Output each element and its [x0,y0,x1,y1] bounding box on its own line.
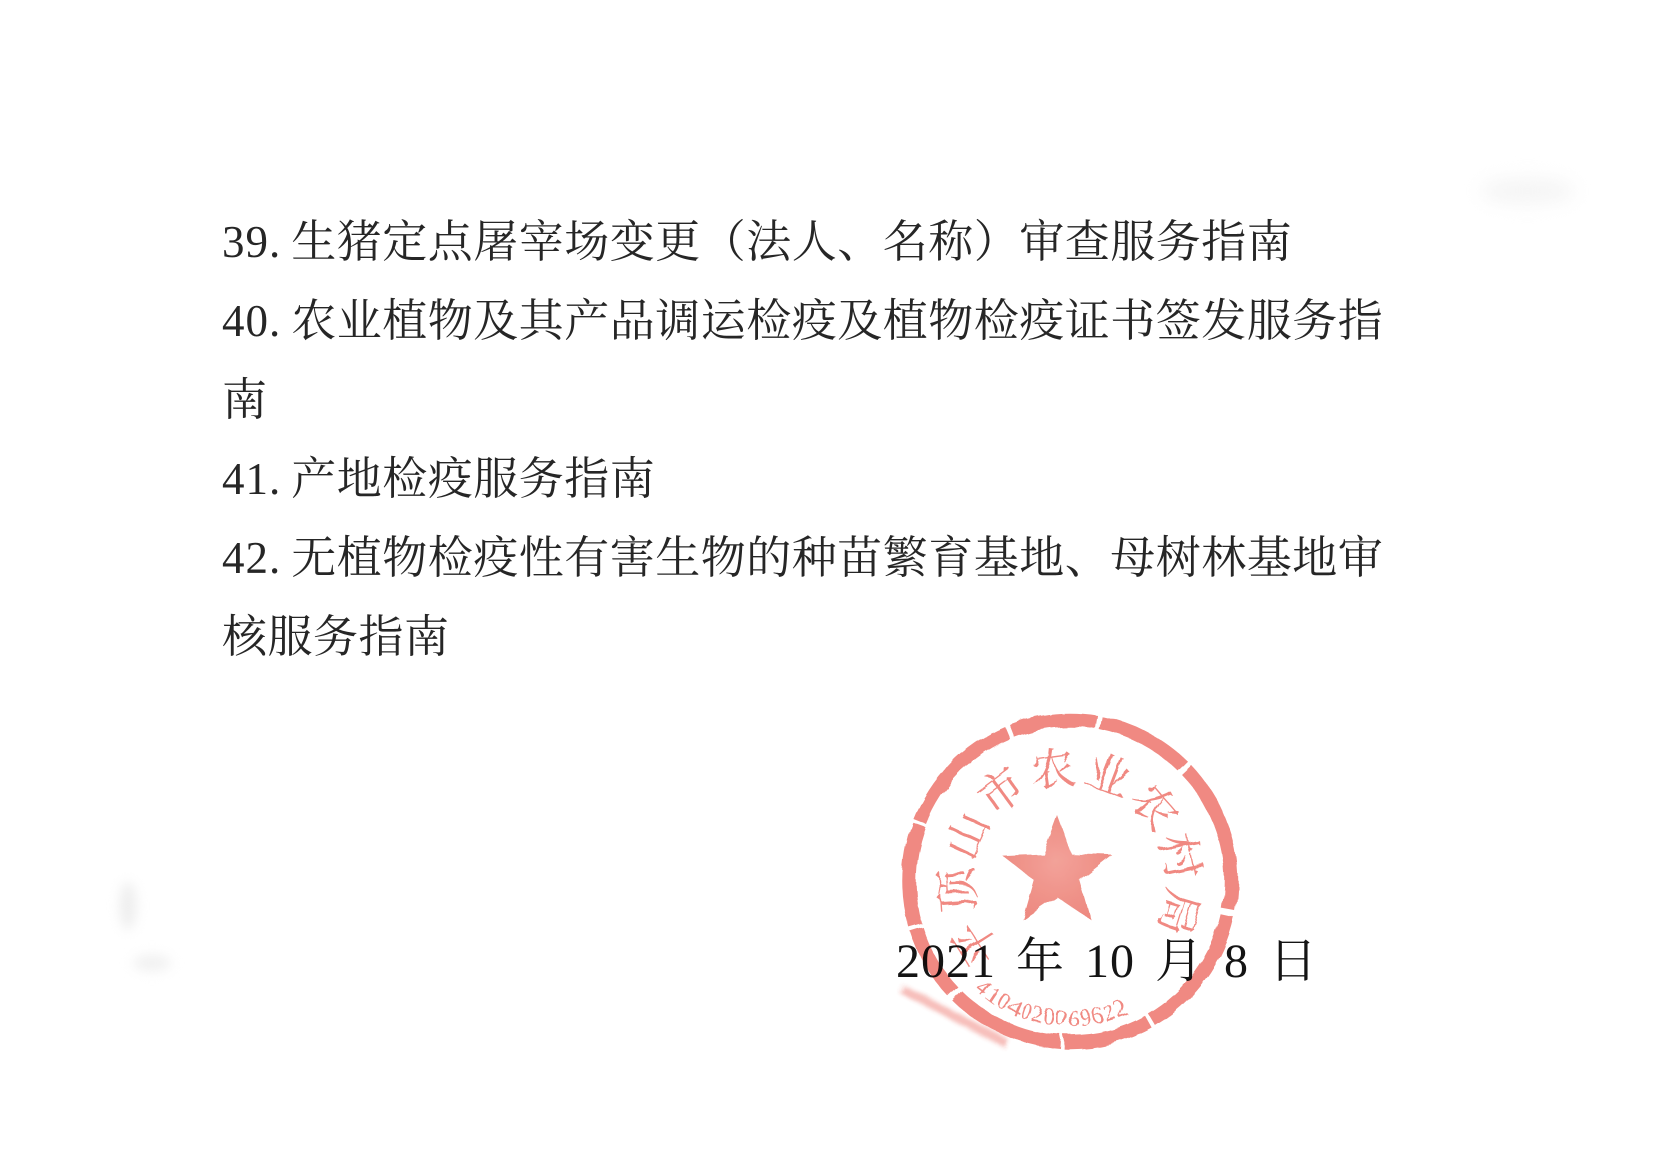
list-item: 42.无植物检疫性有害生物的种苗繁育基地、母树林基地审核服务指南 [222,519,1398,677]
star-icon [1002,815,1112,920]
document-page: { "document": { "list_items": [ { "numbe… [0,0,1653,1175]
scan-artifact [120,882,136,930]
issue-date: 2021 年 10 月 8 日 [896,934,1318,990]
list-item: 41.产地检疫服务指南 [222,440,1398,519]
item-text: 农业植物及其产品调运检疫及植物检疫证书签发服务指南 [222,296,1383,425]
item-text: 产地检疫服务指南 [291,454,655,504]
item-number: 41. [222,454,281,504]
item-text: 无植物检疫性有害生物的种苗繁育基地、母树林基地审核服务指南 [222,533,1383,662]
service-guide-list: 39.生猪定点屠宰场变更（法人、名称）审查服务指南 40.农业植物及其产品调运检… [222,203,1398,677]
item-number: 42. [222,533,281,583]
item-text: 生猪定点屠宰场变更（法人、名称）审查服务指南 [291,217,1292,267]
scan-artifact [1480,178,1575,204]
item-number: 39. [222,217,281,267]
list-item: 39.生猪定点屠宰场变更（法人、名称）审查服务指南 [222,203,1398,282]
scan-artifact [133,955,171,971]
seal-ink-smear [902,989,1006,1043]
seal-graphic: 平顶山市农业农村局 4104020069622 [870,681,1270,1081]
seal-ring [909,720,1231,1042]
list-item: 40.农业植物及其产品调运检疫及植物检疫证书签发服务指南 [222,282,1398,440]
official-seal: 平顶山市农业农村局 4104020069622 [870,681,1270,1081]
item-number: 40. [222,296,281,346]
